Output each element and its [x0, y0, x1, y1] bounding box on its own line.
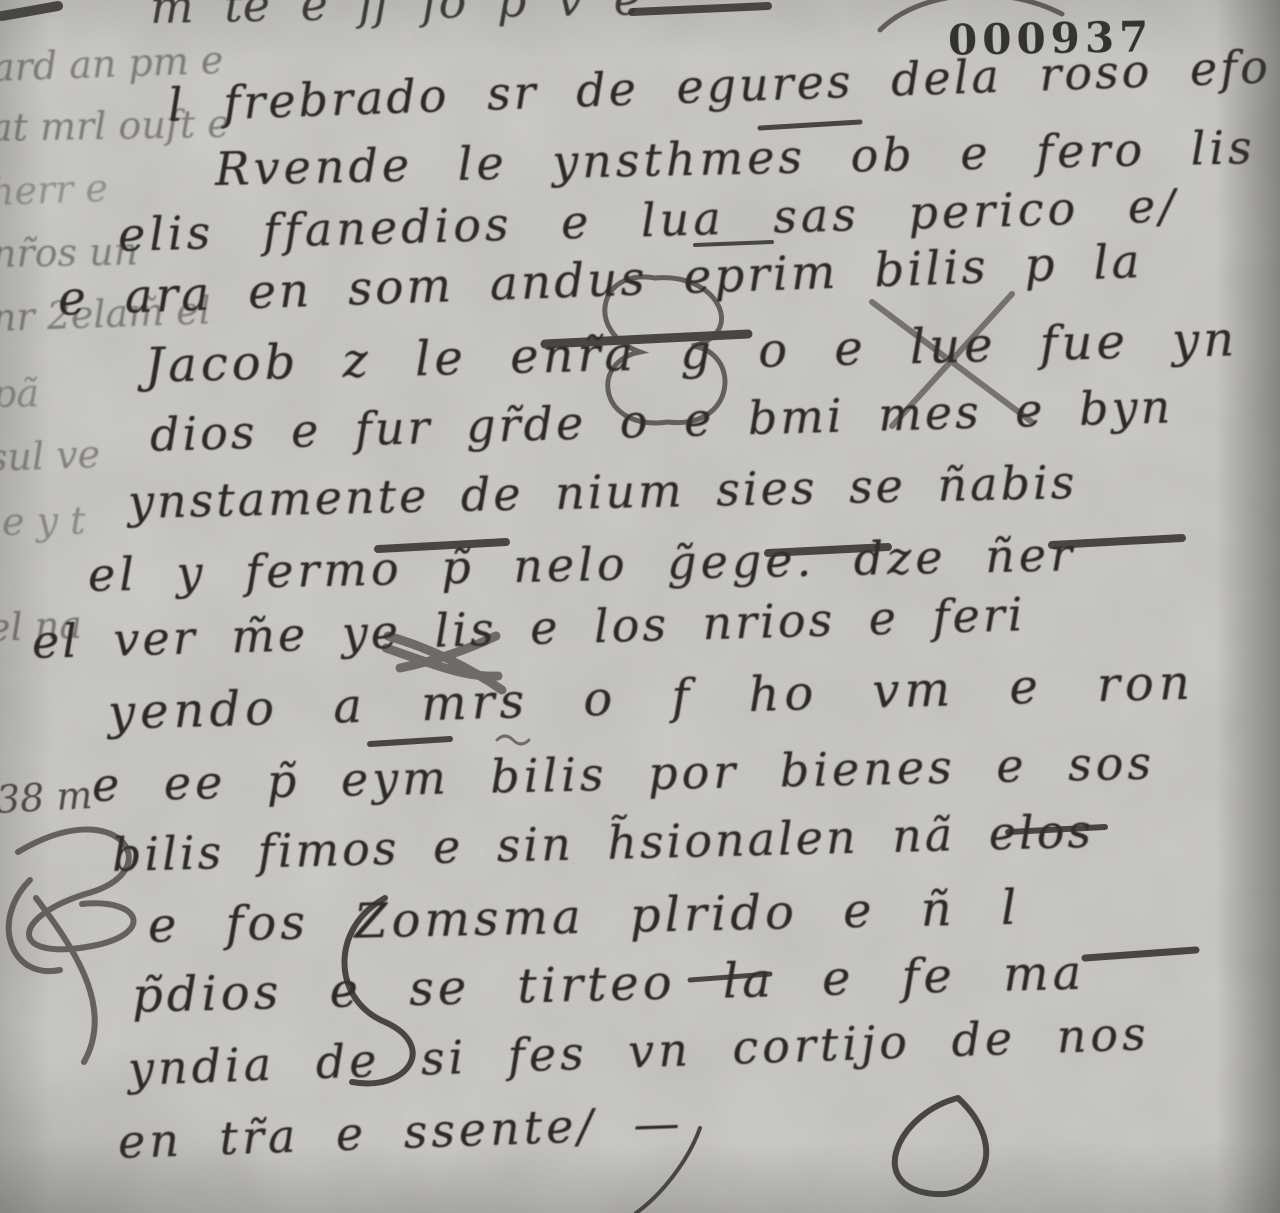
ghost-text-margin: pã — [0, 371, 39, 416]
ink-stroke — [1085, 950, 1196, 958]
ghost-text-topline: m te e ff fo p v e — [150, 0, 642, 34]
ink-stroke — [370, 739, 450, 744]
ghost-text-margin: herr e — [0, 166, 109, 214]
ink-squiggle — [497, 736, 529, 744]
manuscript-line: e ee p̃ eym bilis por bienes e sos — [91, 736, 1155, 812]
manuscript-line: en tr̃a e ssente/ — — [117, 1095, 684, 1169]
manuscript-line: bilis fimos e sin h̃sionalen nã elos — [111, 804, 1094, 882]
manuscript-line: yendo a mrs o f ho vm e ron — [107, 655, 1195, 741]
ink-flourish-loop — [895, 1098, 986, 1194]
ghost-text-margin: 38 m — [0, 773, 93, 822]
manuscript-line: dios e fur gr̃de o e bmi mes e byn — [149, 379, 1174, 462]
manuscript-line: p̃dios e se tirteo la e fe ma — [131, 945, 1086, 1024]
manuscript-line: e fos Zomsma plrido e ñ l — [147, 880, 1020, 954]
ghost-text-margin: sul ve — [0, 432, 101, 480]
ink-stroke — [760, 122, 860, 128]
archive-stamp-number: 000937 — [948, 12, 1154, 65]
ink-stroke — [632, 6, 768, 12]
manuscript-page: m te e ff fo p v e ard an pm e at mrl ou… — [0, 0, 1280, 1213]
manuscript-line: ynstamente de nium sies se ñabis — [127, 455, 1077, 529]
ghost-text-margin: e y t — [2, 499, 86, 544]
ink-stroke — [2, 6, 58, 16]
